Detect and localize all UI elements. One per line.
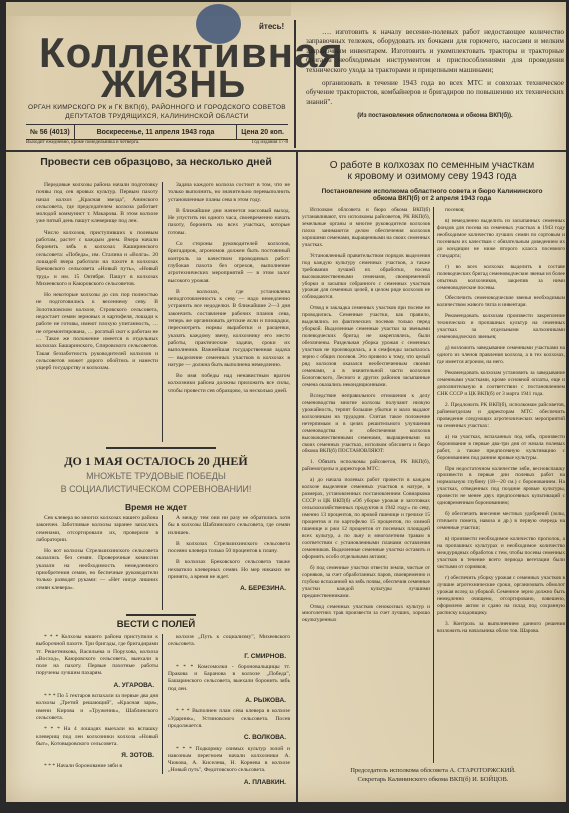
time-article-column-2: А между тем они ни разу не обратились хо… — [168, 515, 290, 597]
may-banner-slogan-2: В СОЦИАЛИСТИЧЕСКОМ СОРЕВНОВАНИИ! — [20, 484, 292, 494]
publication-year: Год издания 17-й — [252, 140, 288, 145]
news-author: Я. ЗОТОВ. — [36, 752, 154, 759]
page-center-divider — [296, 152, 298, 802]
time-article-author: А. БЕРЕЗИНА. — [168, 585, 286, 592]
resolution-subheadline: Постановление исполкома областного совет… — [302, 188, 562, 202]
frequency: Выходит ежедневно, кроме понедельника и … — [26, 140, 139, 145]
top-quote: …. изготовить к началу весенне-полевых р… — [306, 28, 564, 122]
time-article-headline: Время не ждет — [20, 502, 292, 512]
column-divider — [162, 182, 163, 442]
column-divider — [162, 515, 163, 610]
news-author: Г. СМИРНОВ. — [168, 653, 286, 660]
news-rule — [126, 614, 196, 616]
issue-frequency-line: Выходит ежедневно, кроме понедельника и … — [26, 140, 288, 145]
newspaper-title-line2: ЖИЗНЬ — [101, 66, 246, 104]
news-author: А. УГАРОВА. — [36, 682, 154, 689]
time-article-column-1: Сев клевера во многих колхозах нашего ра… — [36, 515, 158, 596]
signature-chairman: Председатель исполкома облсовета А. СТАР… — [302, 766, 564, 775]
signature-secretary: Секретарь Калининского обкома ВКП(б) И. … — [302, 775, 564, 784]
resolution-headline: О работе в колхозах по семенным участкам… — [302, 160, 562, 182]
issue-price: Цена 20 коп. — [237, 129, 288, 136]
editorial-column-1: Передовые колхозы района начали подготов… — [36, 182, 158, 376]
quote-source: (Из постановления облисполкома и обкома … — [306, 112, 564, 121]
paper-tear-strip — [6, 2, 291, 16]
resolution-signatures: Председатель исполкома облсовета А. СТАР… — [302, 766, 564, 784]
news-author: А. РЫЖОВА. — [168, 697, 286, 704]
editorial-column-2: Задача каждого колхоза состоит в том, чт… — [168, 182, 290, 399]
masthead-rule — [6, 150, 566, 152]
field-news-column-1: * * * Колхозы нашего района приступили к… — [36, 634, 158, 775]
may-banner-slogan-1: МНОЖЬТЕ ТРУДОВЫЕ ПОБЕДЫ — [20, 471, 292, 481]
column-divider — [433, 207, 434, 763]
column-divider — [162, 634, 163, 774]
banner-rule — [106, 447, 216, 449]
resolution-column-1: Исполком облсовета и бюро обкома ВКП(б) … — [302, 207, 430, 628]
may-countdown-headline: ДО 1 МАЯ ОСТАЛОСЬ 20 ДНЕЙ — [20, 454, 292, 469]
news-author: А. ПЛАВКИН. — [168, 779, 286, 786]
news-author: С. ВОЛКОВА. — [168, 734, 286, 741]
issue-date: Воскресенье, 11 апреля 1943 года — [75, 125, 238, 139]
publisher-line: ОРГАН КИМРСКОГО РК и ГК ВКП(б), РАЙОННОГ… — [26, 103, 288, 121]
editorial-headline: Провести сев образцово, за несколько дне… — [20, 156, 292, 168]
issue-info-bar: № 56 (4013) Воскресенье, 11 апреля 1943 … — [26, 124, 288, 140]
resolution-column-2: посевов; в) немедленно выделить из засып… — [437, 207, 565, 638]
field-news-column-2: колхозе „Путь к социализму", Михеевского… — [168, 634, 290, 790]
masthead-divider — [294, 20, 296, 148]
field-news-headline: ВЕСТИ С ПОЛЕЙ — [20, 619, 292, 630]
newspaper-page: йтесь! Коллективная ЖИЗНЬ ОРГАН КИМРСКОГ… — [6, 2, 566, 802]
issue-number: № 56 (4013) — [26, 125, 75, 139]
